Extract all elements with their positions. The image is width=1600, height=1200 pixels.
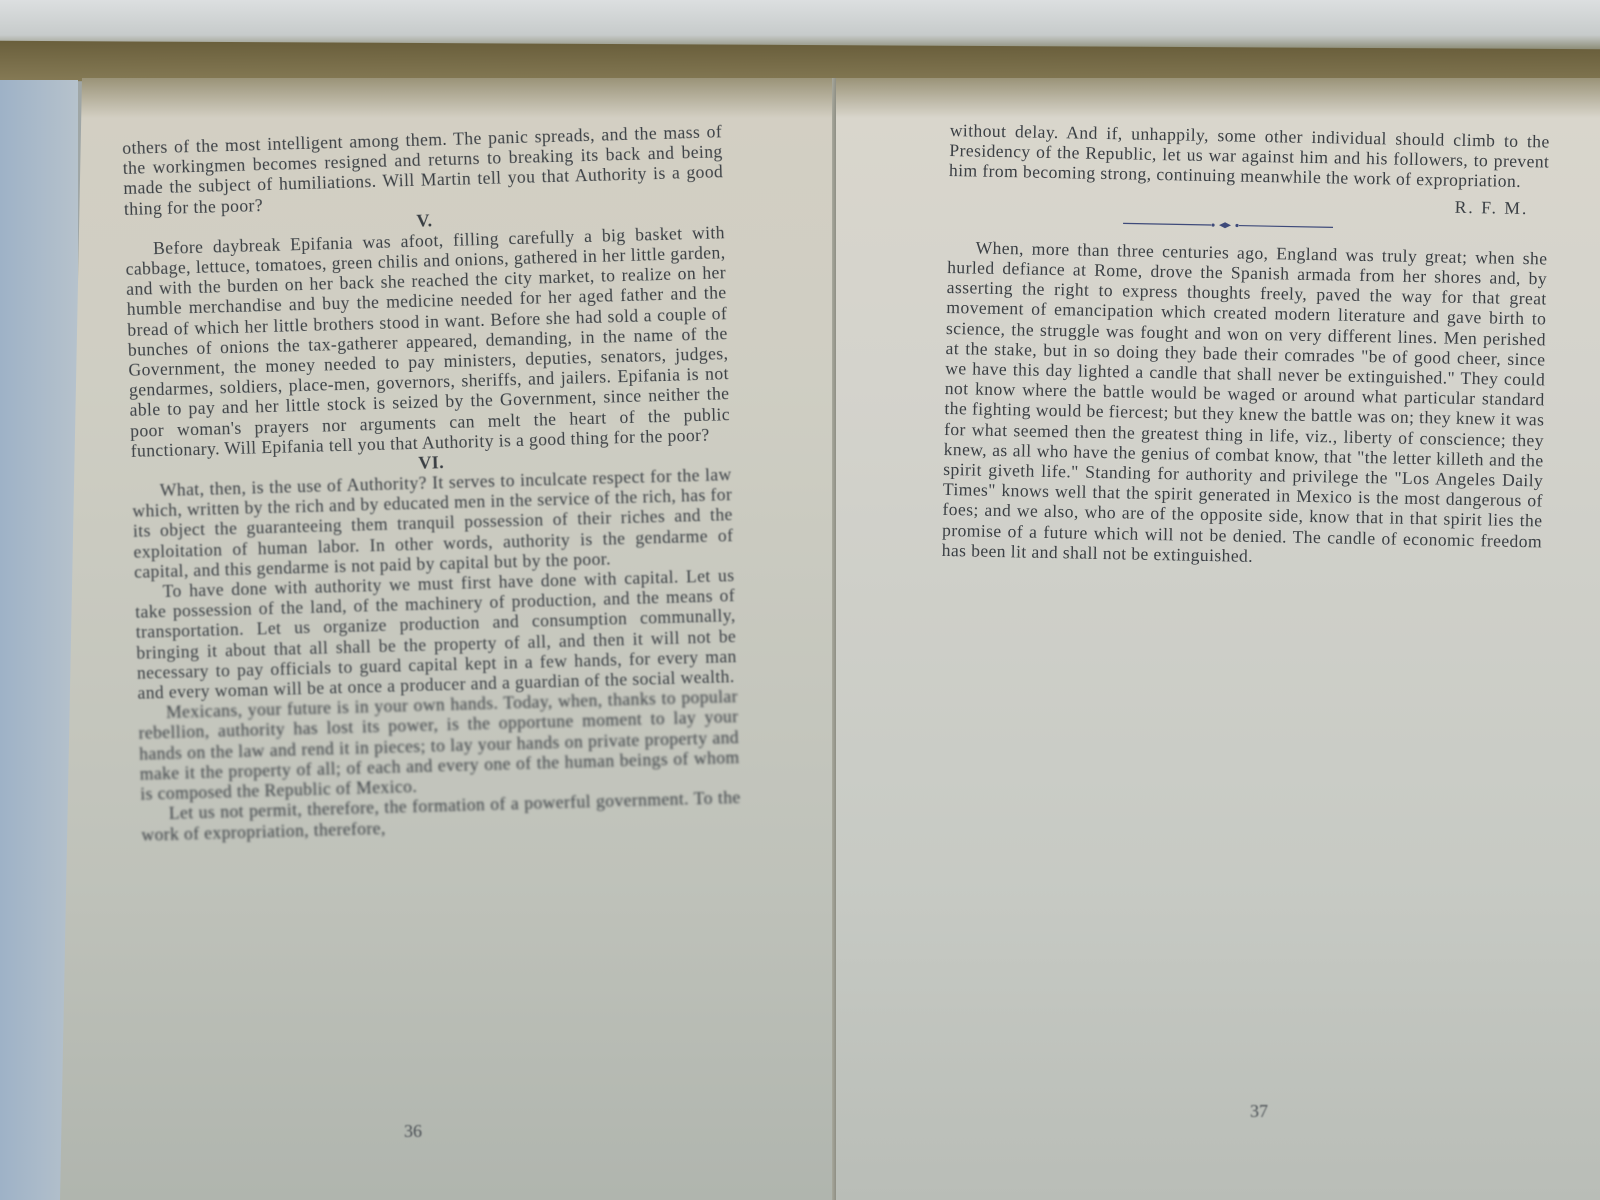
divider-ornament-icon xyxy=(908,214,1548,236)
article-paragraph-england: When, more than three centuries ago, Eng… xyxy=(942,237,1548,572)
right-page-text: without delay. And if, unhappily, some o… xyxy=(942,120,1550,571)
page-number-right: 37 xyxy=(1250,1101,1268,1122)
paragraph-epifania: Before daybreak Epifania was afoot, fill… xyxy=(125,222,731,461)
paragraph-mexicans: Mexicans, your future is in your own han… xyxy=(138,686,741,804)
paragraph-use-of-authority: What, then, is the use of Authority? It … xyxy=(132,464,735,582)
page-number-left: 36 xyxy=(404,1121,422,1142)
continuation-paragraph: without delay. And if, unhappily, some o… xyxy=(949,120,1550,192)
left-page: others of the most intelligent among the… xyxy=(60,78,840,1200)
right-page: without delay. And if, unhappily, some o… xyxy=(836,78,1600,1200)
left-page-text: others of the most intelligent among the… xyxy=(122,121,741,844)
author-signature: R. F. M. xyxy=(948,187,1528,218)
paragraph-done-with-capital: To have done with authority we must firs… xyxy=(134,565,737,703)
